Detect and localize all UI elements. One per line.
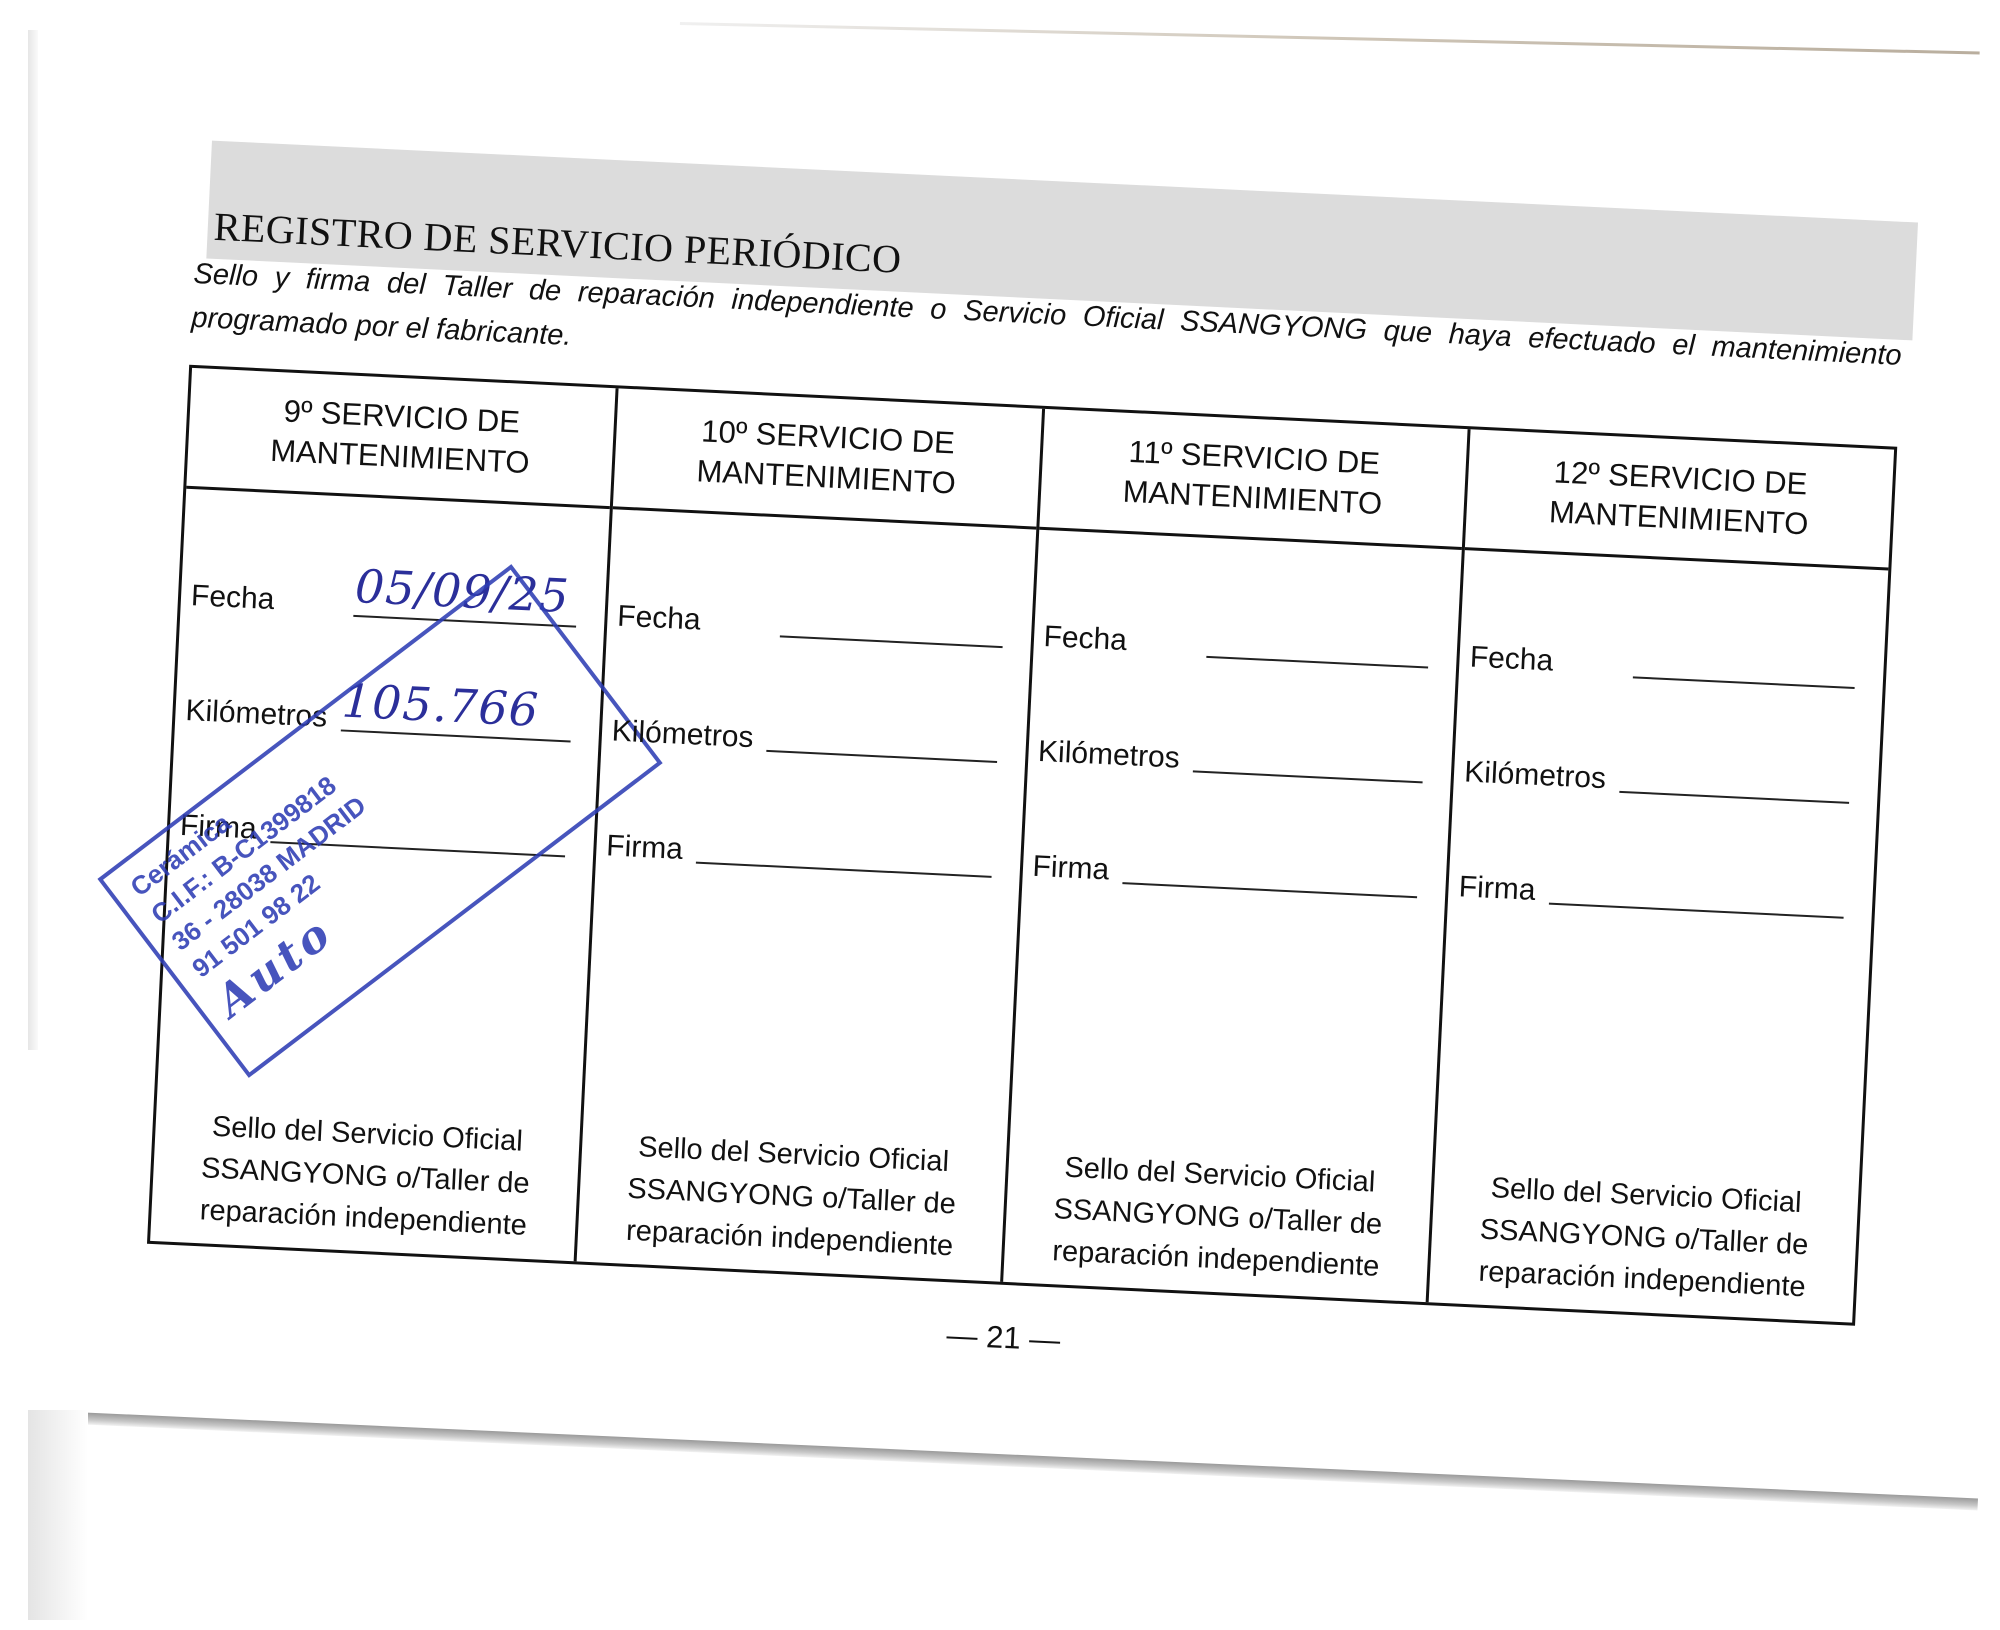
- scan-top-rule: [680, 22, 1980, 54]
- service-column-12: 12º SERVICIO DE MANTENIMIENTO Fecha Kiló…: [1429, 429, 1894, 1322]
- fecha-field[interactable]: [780, 595, 1004, 648]
- fecha-label: Fecha: [190, 579, 275, 617]
- fecha-field[interactable]: [1632, 636, 1856, 689]
- kilometros-row: Kilómetros: [611, 698, 999, 766]
- fecha-row: Fecha: [617, 584, 1005, 652]
- firma-label: Firma: [1458, 870, 1536, 908]
- column-heading: 12º SERVICIO DE MANTENIMIENTO: [1465, 429, 1894, 570]
- stamp-caption: Sello del Servicio Oficial SSANGYONG o/T…: [151, 1103, 580, 1249]
- service-column-11: 11º SERVICIO DE MANTENIMIENTO Fecha Kiló…: [1003, 409, 1471, 1302]
- kilometros-label: Kilómetros: [1464, 755, 1607, 796]
- scan-bottom-shade: [28, 1410, 88, 1620]
- firma-label: Firma: [1032, 850, 1110, 888]
- column-heading: 11º SERVICIO DE MANTENIMIENTO: [1039, 409, 1468, 550]
- firma-row: Firma: [1032, 834, 1420, 902]
- stamp-caption: Sello del Servicio Oficial SSANGYONG o/T…: [1429, 1164, 1858, 1310]
- fecha-label: Fecha: [617, 600, 702, 638]
- fecha-field[interactable]: [1206, 616, 1430, 669]
- firma-field[interactable]: [696, 822, 993, 878]
- scan-left-edge: [28, 30, 38, 1050]
- service-column-10: 10º SERVICIO DE MANTENIMIENTO Fecha Kiló…: [576, 388, 1044, 1281]
- kilometros-field[interactable]: [767, 710, 999, 763]
- firma-field[interactable]: [1123, 842, 1420, 898]
- stamp-caption: Sello del Servicio Oficial SSANGYONG o/T…: [1003, 1144, 1432, 1290]
- document-page: REGISTRO DE SERVICIO PERIÓDICO Sello y f…: [141, 140, 1919, 1461]
- fecha-row: Fecha: [1469, 625, 1857, 693]
- service-record-table: 9º SERVICIO DE MANTENIMIENTO Fecha 05/09…: [147, 365, 1897, 1326]
- firma-label: Firma: [606, 829, 684, 867]
- kilometros-label: Kilómetros: [611, 714, 754, 755]
- fecha-label: Fecha: [1043, 620, 1128, 658]
- firma-row: Firma: [1458, 854, 1846, 922]
- service-column-9: 9º SERVICIO DE MANTENIMIENTO Fecha 05/09…: [150, 368, 618, 1261]
- workshop-stamp: Cerámica C.I.F.: B-C1399818 36 - 28038 M…: [97, 564, 662, 1078]
- kilometros-field[interactable]: [1619, 751, 1851, 804]
- column-heading: 10º SERVICIO DE MANTENIMIENTO: [613, 388, 1042, 529]
- column-heading: 9º SERVICIO DE MANTENIMIENTO: [186, 368, 615, 509]
- firma-row: Firma: [606, 813, 994, 881]
- firma-field[interactable]: [1549, 863, 1846, 919]
- kilometros-row: Kilómetros: [1037, 719, 1425, 787]
- kilometros-field[interactable]: [1193, 730, 1425, 783]
- fecha-row: Fecha: [1043, 604, 1431, 672]
- fecha-label: Fecha: [1469, 641, 1554, 679]
- stamp-caption: Sello del Servicio Oficial SSANGYONG o/T…: [577, 1124, 1006, 1270]
- kilometros-row: Kilómetros: [1464, 739, 1852, 807]
- kilometros-label: Kilómetros: [1037, 735, 1180, 776]
